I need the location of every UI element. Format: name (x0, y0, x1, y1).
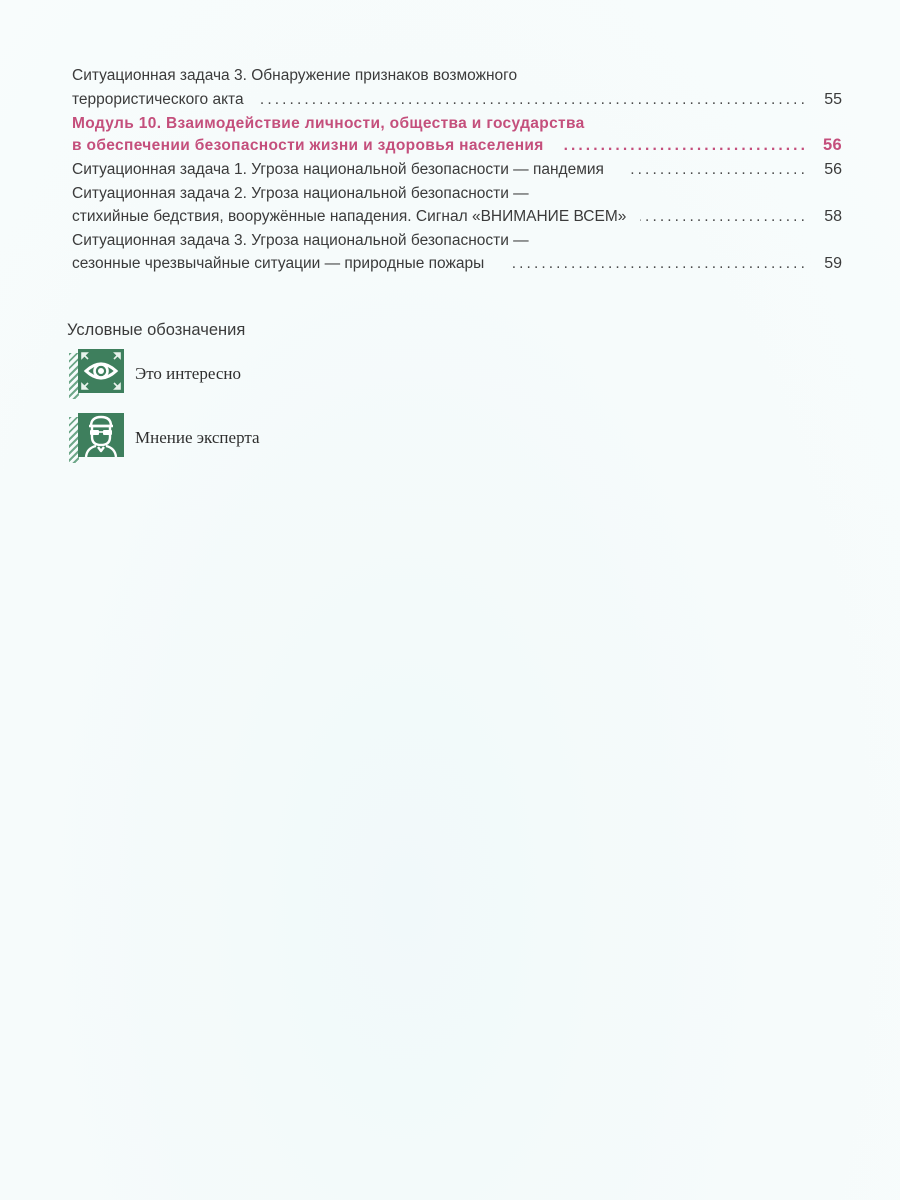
dot-leader (562, 136, 808, 157)
table-of-contents: Ситуационная задача 3. Обнаружение призн… (72, 64, 842, 276)
toc-entry-text: стихийные бедствия, вооружённые нападени… (72, 205, 626, 229)
expert-icon (67, 413, 125, 463)
eye-icon (67, 349, 125, 399)
toc-entry-text: сезонные чрезвычайные ситуации — природн… (72, 252, 484, 276)
legend-label: Мнение эксперта (135, 428, 260, 448)
toc-page-number: 59 (818, 252, 842, 276)
toc-entry-text: Ситуационная задача 1. Угроза национальн… (72, 158, 604, 182)
dot-leader (258, 88, 808, 112)
toc-entry-text: террористического акта (72, 88, 244, 112)
toc-entry[interactable]: Ситуационная задача 3. Угроза национальн… (72, 229, 842, 276)
toc-page-number: 56 (818, 135, 842, 156)
toc-module-text: в обеспечении безопасности жизни и здоро… (72, 136, 544, 157)
toc-entry-line: Ситуационная задача 2. Угроза национальн… (72, 182, 842, 206)
toc-entry[interactable]: Ситуационная задача 2. Угроза национальн… (72, 182, 842, 229)
toc-entry-line: террористического акта 55 (72, 88, 842, 112)
toc-entry-line: стихийные бедствия, вооружённые нападени… (72, 205, 842, 229)
toc-entry-text: Ситуационная задача 3. Обнаружение призн… (72, 64, 517, 88)
dot-leader (512, 252, 808, 276)
legend-label: Это интересно (135, 364, 241, 384)
legend-title: Условные обозначения (67, 321, 260, 340)
toc-entry-line: Модуль 10. Взаимодействие личности, обще… (72, 114, 842, 135)
toc-module-text: Модуль 10. Взаимодействие личности, обще… (72, 114, 585, 135)
toc-entry-line: в обеспечении безопасности жизни и здоро… (72, 135, 842, 157)
dot-leader (628, 158, 808, 182)
legend: Условные обозначения Это интересно (67, 321, 260, 476)
toc-module-heading[interactable]: Модуль 10. Взаимодействие личности, обще… (72, 114, 842, 156)
toc-entry-line: Ситуационная задача 3. Обнаружение призн… (72, 64, 842, 88)
toc-page-number: 58 (818, 205, 842, 229)
toc-entry-line: сезонные чрезвычайные ситуации — природн… (72, 252, 842, 276)
dot-leader (640, 205, 808, 229)
toc-page-number: 56 (818, 158, 842, 182)
toc-entry-text: Ситуационная задача 3. Угроза национальн… (72, 229, 529, 253)
toc-page-number: 55 (818, 88, 842, 112)
toc-entry-line: Ситуационная задача 3. Угроза национальн… (72, 229, 842, 253)
toc-entry-line: Ситуационная задача 1. Угроза национальн… (72, 158, 842, 182)
legend-item-expert: Мнение эксперта (67, 412, 260, 464)
toc-entry[interactable]: Ситуационная задача 3. Обнаружение призн… (72, 64, 842, 111)
legend-item-interesting: Это интересно (67, 348, 260, 400)
toc-entry[interactable]: Ситуационная задача 1. Угроза национальн… (72, 158, 842, 182)
toc-entry-text: Ситуационная задача 2. Угроза национальн… (72, 182, 529, 206)
